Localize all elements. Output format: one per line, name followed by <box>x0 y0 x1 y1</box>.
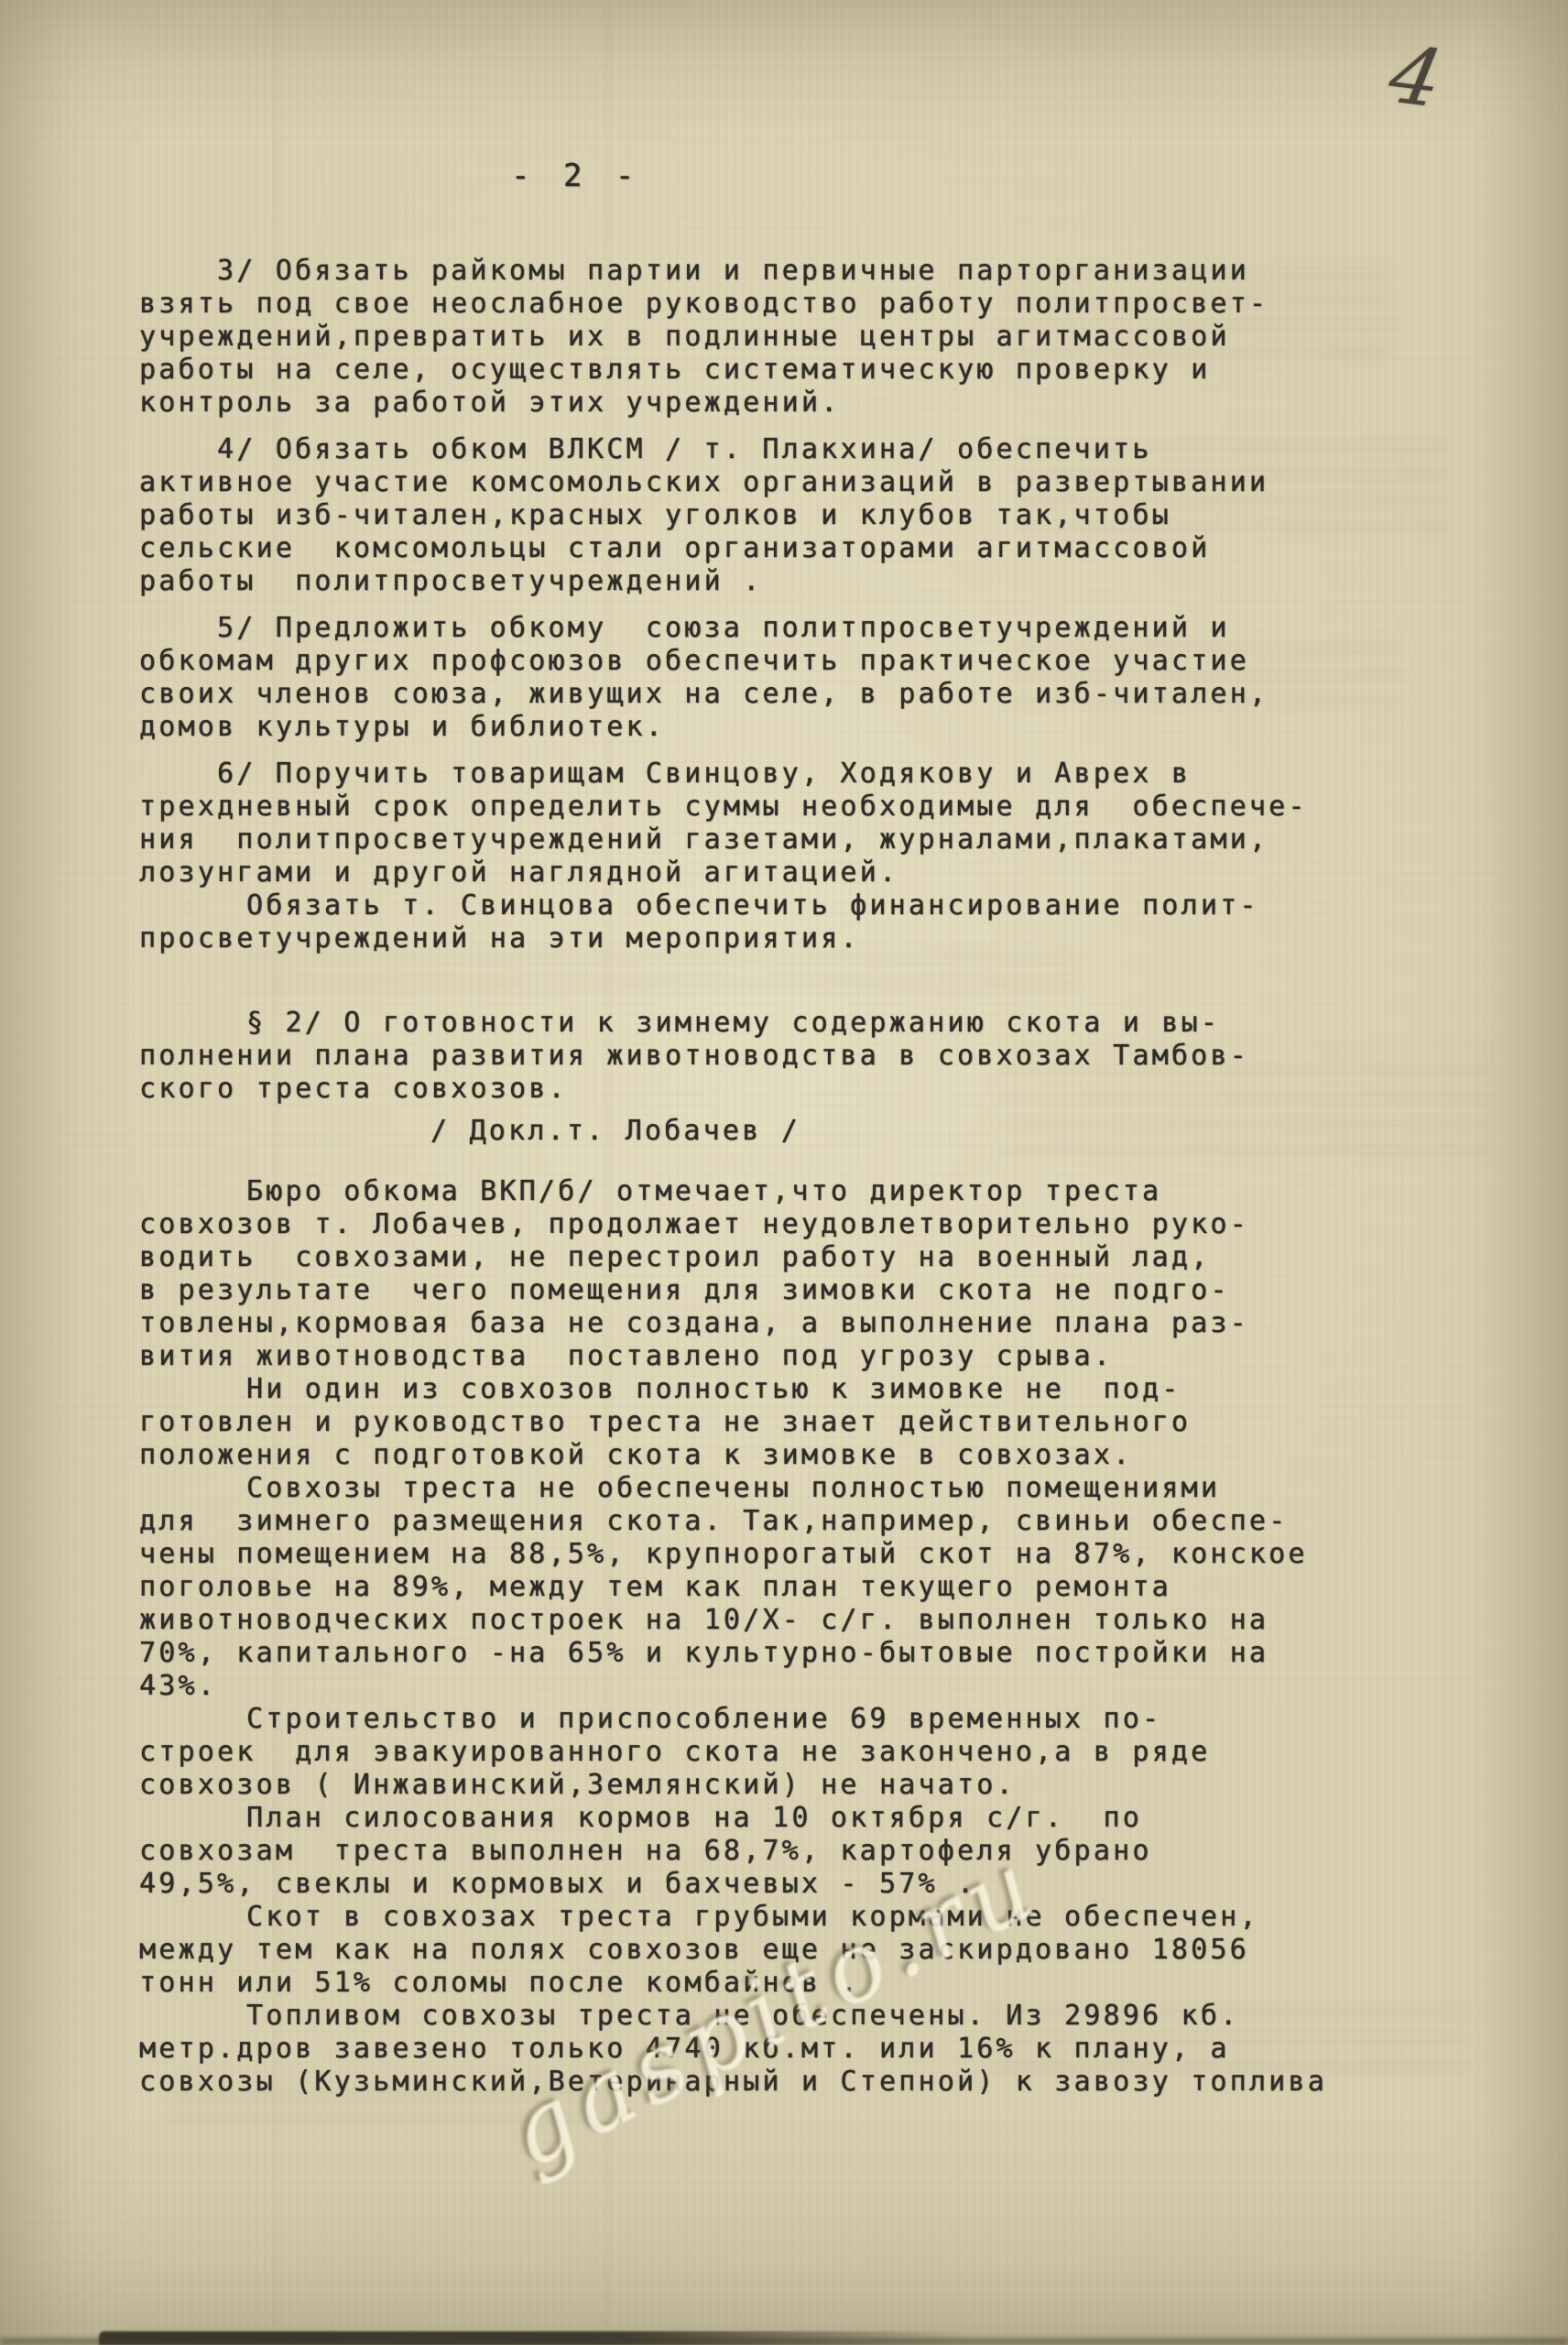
text-line: совхозов ( Инжавинский,Землянский) не на… <box>139 1769 1421 1802</box>
text-line: работы изб-читален,красных уголков и клу… <box>139 499 1421 532</box>
text-line: 3/ Обязать райкомы партии и первичные па… <box>139 255 1421 288</box>
text-line: Совхозы треста не обеспечены полностью п… <box>139 1472 1421 1505</box>
scanned-document-page: 4 - 2 - 3/ Обязать райкомы партии и перв… <box>0 0 1568 2345</box>
text-line: 5/ Предложить обкому союза политпросвету… <box>139 612 1421 645</box>
text-line: положения с подготовкой скота к зимовке … <box>139 1439 1421 1472</box>
text-line: строек для эвакуированного скота не зако… <box>139 1736 1421 1769</box>
text-line: Обязать т. Свинцова обеспечить финансиро… <box>139 889 1421 922</box>
document-text: 3/ Обязать райкомы партии и первичные па… <box>139 255 1421 2099</box>
text-line: Ни один из совхозов полностью к зимовке … <box>139 1373 1421 1406</box>
text-line: полнении плана развития животноводства в… <box>139 1040 1421 1073</box>
text-line: совхозам треста выполнен на 68,7%, карто… <box>139 1835 1421 1868</box>
handwritten-sheet-number: 4 <box>1382 29 1499 132</box>
text-line: обкомам других профсоюзов обеспечить пра… <box>139 645 1421 678</box>
text-line: § 2/ О готовности к зимнему содержанию с… <box>139 1007 1421 1040</box>
text-line: / Докл.т. Лобачев / <box>139 1115 1421 1148</box>
text-line: совхозы (Кузьминский,Ветеринарный и Степ… <box>139 2066 1421 2099</box>
text-line: учреждений,превратить их в подлинные цен… <box>139 321 1421 354</box>
text-line: работы на селе, осуществлять систематиче… <box>139 354 1421 387</box>
text-line: трехдневный срок определить суммы необхо… <box>139 791 1421 823</box>
text-line: сельские комсомольцы стали организаторам… <box>139 532 1421 565</box>
text-line: готовлен и руководство треста не знает д… <box>139 1406 1421 1439</box>
text-line: совхозов т. Лобачев, продолжает неудовле… <box>139 1208 1421 1241</box>
text-line: 6/ Поручить товарищам Свинцову, Ходякову… <box>139 758 1421 791</box>
paragraph: § 2/ О готовности к зимнему содержанию с… <box>139 1007 1421 1106</box>
paragraph: 3/ Обязать райкомы партии и первичные па… <box>139 255 1421 420</box>
text-line: активное участие комсомольских организац… <box>139 466 1421 499</box>
text-line: животноводческих построек на 10/Х- с/г. … <box>139 1604 1421 1637</box>
text-line: в результате чего помещения для зимовки … <box>139 1274 1421 1307</box>
text-line: просветучреждений на эти мероприятия. <box>139 922 1421 955</box>
text-line: для зимнего размещения скота. Так,наприм… <box>139 1505 1421 1538</box>
text-line: своих членов союза, живущих на селе, в р… <box>139 678 1421 711</box>
text-line: работы политпросветучреждений . <box>139 565 1421 598</box>
paragraph: 6/ Поручить товарищам Свинцову, Ходякову… <box>139 758 1421 955</box>
paragraph: 4/ Обязать обком ВЛКСМ / т. Плакхина/ об… <box>139 433 1421 598</box>
text-line: контроль за работой этих учреждений. <box>139 387 1421 420</box>
text-line: лозунгами и другой наглядной агитацией. <box>139 856 1421 889</box>
text-line: водить совхозами, не перестроил работу н… <box>139 1241 1421 1274</box>
page-number: - 2 - <box>511 158 641 194</box>
text-line: товлены,кормовая база не создана, а выпо… <box>139 1307 1421 1340</box>
text-line: ского треста совхозов. <box>139 1073 1421 1106</box>
text-line: взять под свое неослабное руководство ра… <box>139 288 1421 321</box>
text-line: поголовье на 89%, между тем как план тек… <box>139 1571 1421 1604</box>
text-line: 43%. <box>139 1670 1421 1703</box>
paragraph: 5/ Предложить обкому союза политпросвету… <box>139 612 1421 744</box>
text-line: вития животноводства поставлено под угро… <box>139 1340 1421 1373</box>
text-line: домов культуры и библиотек. <box>139 711 1421 744</box>
text-line: План силосования кормов на 10 октября с/… <box>139 1802 1421 1835</box>
text-line: Бюро обкома ВКП/б/ отмечает,что директор… <box>139 1175 1421 1208</box>
text-line: 49,5%, свеклы и кормовых и бахчевых - 57… <box>139 1868 1421 1901</box>
paragraph: / Докл.т. Лобачев / <box>139 1115 1421 1148</box>
text-line: 70%, капитального -на 65% и культурно-бы… <box>139 1637 1421 1670</box>
text-line: Строительство и приспособление 69 времен… <box>139 1703 1421 1736</box>
text-line: чены помещением на 88,5%, крупнорогатый … <box>139 1538 1421 1571</box>
scan-bottom-edge <box>99 2331 969 2345</box>
text-line: Скот в совхозах треста грубыми кормами н… <box>139 1901 1421 1934</box>
text-line: ния политпросветучреждений газетами, жур… <box>139 823 1421 856</box>
text-line: 4/ Обязать обком ВЛКСМ / т. Плакхина/ об… <box>139 433 1421 466</box>
